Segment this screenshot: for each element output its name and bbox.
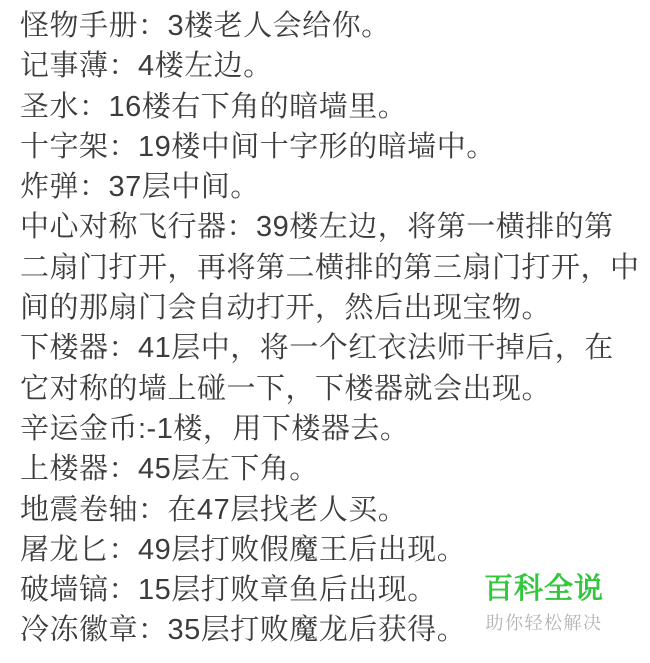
guide-line: 间的那扇门会自动打开，然后出现宝物。 — [20, 288, 650, 328]
guide-text: 怪物手册：3楼老人会给你。 记事薄：4楼左边。 圣水：16楼右下角的暗墙里。 十… — [20, 6, 650, 651]
guide-line: 它对称的墙上碰一下，下楼器就会出现。 — [20, 369, 650, 409]
guide-line: 怪物手册：3楼老人会给你。 — [20, 6, 650, 46]
guide-line: 下楼器：41层中，将一个红衣法师干掉后，在 — [20, 328, 650, 368]
guide-line: 炸弹：37层中间。 — [20, 167, 650, 207]
guide-line: 屠龙匕：49层打败假魔王后出现。 — [20, 530, 650, 570]
guide-line: 十字架：19楼中间十字形的暗墙中。 — [20, 127, 650, 167]
watermark-brand: 百科全说 — [484, 574, 604, 606]
guide-line: 上楼器：45层左下角。 — [20, 449, 650, 489]
guide-line: 圣水：16楼右下角的暗墙里。 — [20, 87, 650, 127]
watermark: 百科全说 助你轻松解决 — [484, 574, 604, 635]
watermark-tagline: 助你轻松解决 — [484, 609, 604, 635]
guide-line: 二扇门打开，再将第二横排的第三扇门打开，中 — [20, 248, 650, 288]
guide-line: 记事薄：4楼左边。 — [20, 46, 650, 86]
guide-line: 辛运金币:-1楼，用下楼器去。 — [20, 409, 650, 449]
guide-line: 地震卷轴：在47层找老人买。 — [20, 490, 650, 530]
guide-line: 中心对称飞行器：39楼左边，将第一横排的第 — [20, 207, 650, 247]
